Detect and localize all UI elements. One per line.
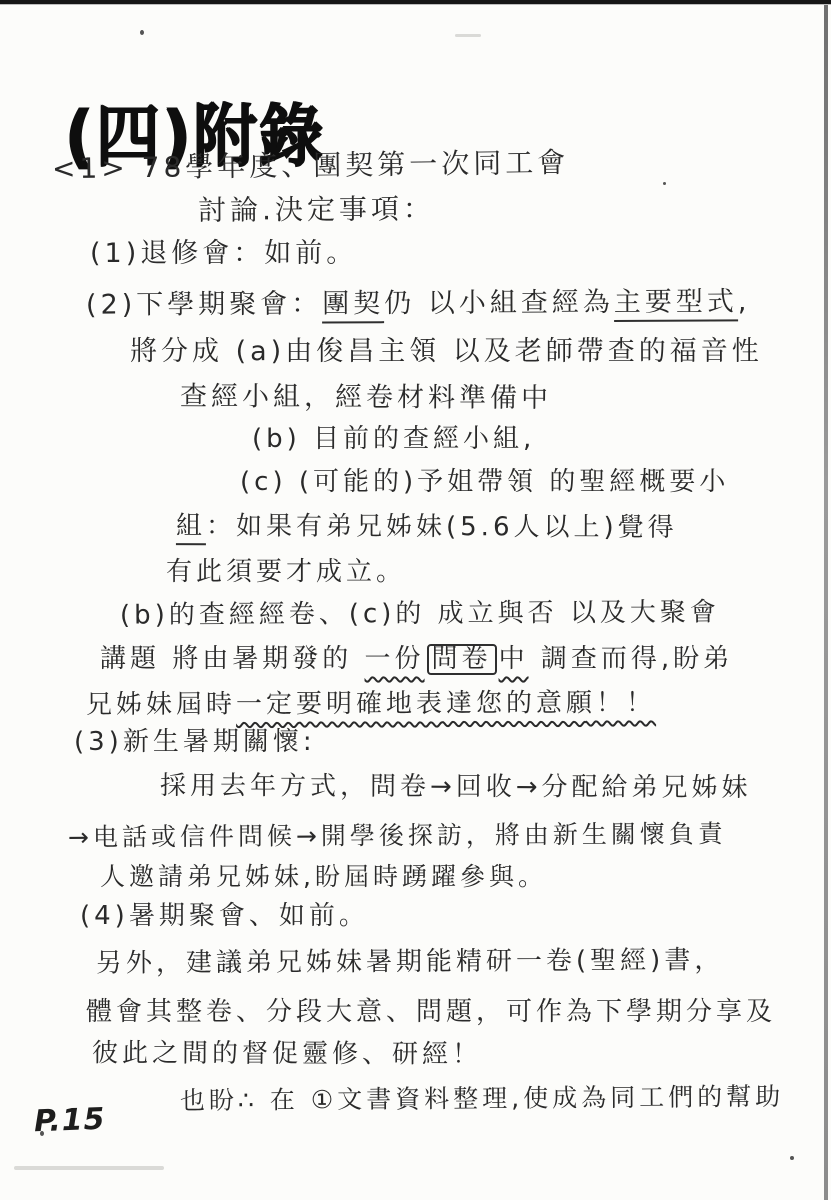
survey-line-pre: 講題 將由暑期發的	[100, 644, 365, 674]
subitem-c-line3: 有此須要才成立。	[166, 558, 406, 588]
scan-smudge	[455, 34, 481, 37]
subitem-b: (b) 目前的查經小組,	[252, 425, 535, 455]
page-number: P.15	[33, 1103, 106, 1140]
emphasis-underline: 團契	[322, 288, 384, 323]
extra-suggestion-line3: 彼此之間的督促靈修、研經！	[92, 1039, 482, 1070]
extra-suggestion-line1: 另外，建議弟兄姊妹暑期能精研一卷(聖經)書，	[96, 946, 724, 979]
survey-line: 講題 將由暑期發的 一份問卷中 調查而得,盼弟	[100, 644, 733, 675]
subitem-c-line1: (c) (可能的)予姐帶領 的聖經概要小	[240, 468, 729, 498]
wish-line: 兄姊妹屆時一定要明確地表達您的意願！！	[86, 689, 656, 721]
boxed-term-questionnaire: 問卷	[427, 644, 497, 675]
survey-line-post: 調查而得,盼弟	[529, 644, 734, 674]
newcomer-care-line3: 人邀請弟兄姊妹,盼屆時踴躍參與。	[100, 863, 547, 892]
item-retreat: (1)退修會：如前。	[90, 238, 357, 269]
scan-speckle	[663, 182, 666, 185]
scan-top-edge	[0, 0, 831, 6]
emphasis-wavy: 一定要明確地表達您的意願！！	[236, 688, 656, 719]
meeting-heading: <1> 78學年度、團契第一次同工會	[52, 147, 570, 186]
subitem-a-line2: 查經小組，經卷材料準備中	[180, 381, 552, 414]
emphasis-wavy: 一份	[365, 644, 425, 674]
subitem-c-line2-rest: ：如果有弟兄姊妹(5.6人以上)覺得	[206, 511, 678, 543]
emphasis-underline: 組	[176, 511, 206, 545]
scan-speckle	[790, 1156, 794, 1160]
emphasis-underline: 主要型式	[614, 286, 738, 322]
newcomer-care-line2: →电話或信件問候→開學後探訪，將由新生關懷負責	[68, 820, 727, 852]
newcomer-care-line1: 採用去年方式，問卷→回收→分配給弟兄姊妹	[160, 772, 752, 804]
item-next-semester-pre: (2)下學期聚會：	[86, 289, 322, 321]
scanned-page: (四)附錄 <1> 78學年度、團契第一次同工會 討論.決定事項： (1)退修會…	[0, 0, 831, 1200]
note-bc-survey-intro: (b)的查經經卷、(c)的 成立與否 以及大聚會	[120, 598, 720, 631]
item-newcomer-care: (3)新生暑期關懷:	[74, 728, 316, 758]
emphasis-wavy: 中	[499, 644, 529, 674]
extra-suggestion-line4: 也盼∴ 在 ①文書資料整理,使成為同工們的幫助	[180, 1083, 784, 1116]
item-next-semester-post: ,	[738, 286, 751, 317]
scan-speckle	[140, 30, 144, 35]
subitem-c-line2: 組：如果有弟兄姊妹(5.6人以上)覺得	[176, 512, 678, 544]
scan-right-edge	[824, 5, 828, 1200]
wish-line-pre: 兄姊妹屆時	[86, 689, 236, 720]
item-summer-meeting: (4)暑期聚會、如前。	[80, 902, 369, 932]
scan-smudge	[14, 1166, 164, 1170]
item-next-semester: (2)下學期聚會：團契仍 以小組查經為主要型式,	[86, 286, 751, 321]
agenda-subheading: 討論.決定事項：	[198, 193, 435, 227]
extra-suggestion-line2: 體會其整卷、分段大意、問題，可作為下學期分享及	[86, 998, 776, 1028]
item-next-semester-mid: 仍 以小組查經為	[384, 287, 614, 319]
subitem-a-line1: 將分成 (a)由俊昌主領 以及老師帶查的福音性	[130, 336, 763, 367]
